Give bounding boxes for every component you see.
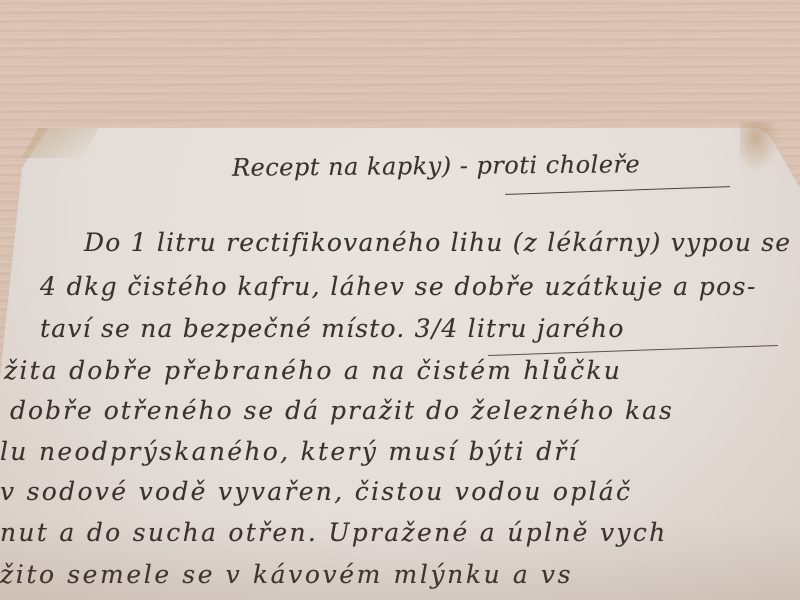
text-line-2: 4 dkg čistého kafru, láhev se dobře uzát… bbox=[40, 272, 757, 301]
text-line-6: lu neodprýskaného, který musí býti dří bbox=[0, 437, 579, 466]
text-line-9: žito semele se v kávovém mlýnku a vs bbox=[0, 560, 573, 589]
text-line-3: taví se na bezpečné místo. 3/4 litru jar… bbox=[40, 314, 625, 343]
text-line-4: žita dobře přebraného a na čistém hlůčku bbox=[4, 356, 622, 385]
text-line-5: dobře otřeného se dá pražit do železného… bbox=[10, 396, 674, 425]
recipe-title: Recept na kapky) - proti choleře bbox=[232, 150, 640, 182]
text-line-1: Do 1 litru rectifikovaného lihu (z lékár… bbox=[84, 228, 791, 257]
text-line-7: v sodové vodě vyvařen, čistou vodou oplá… bbox=[0, 477, 632, 506]
text-line-8: nut a do sucha otřen. Upražené a úplně v… bbox=[0, 518, 668, 547]
